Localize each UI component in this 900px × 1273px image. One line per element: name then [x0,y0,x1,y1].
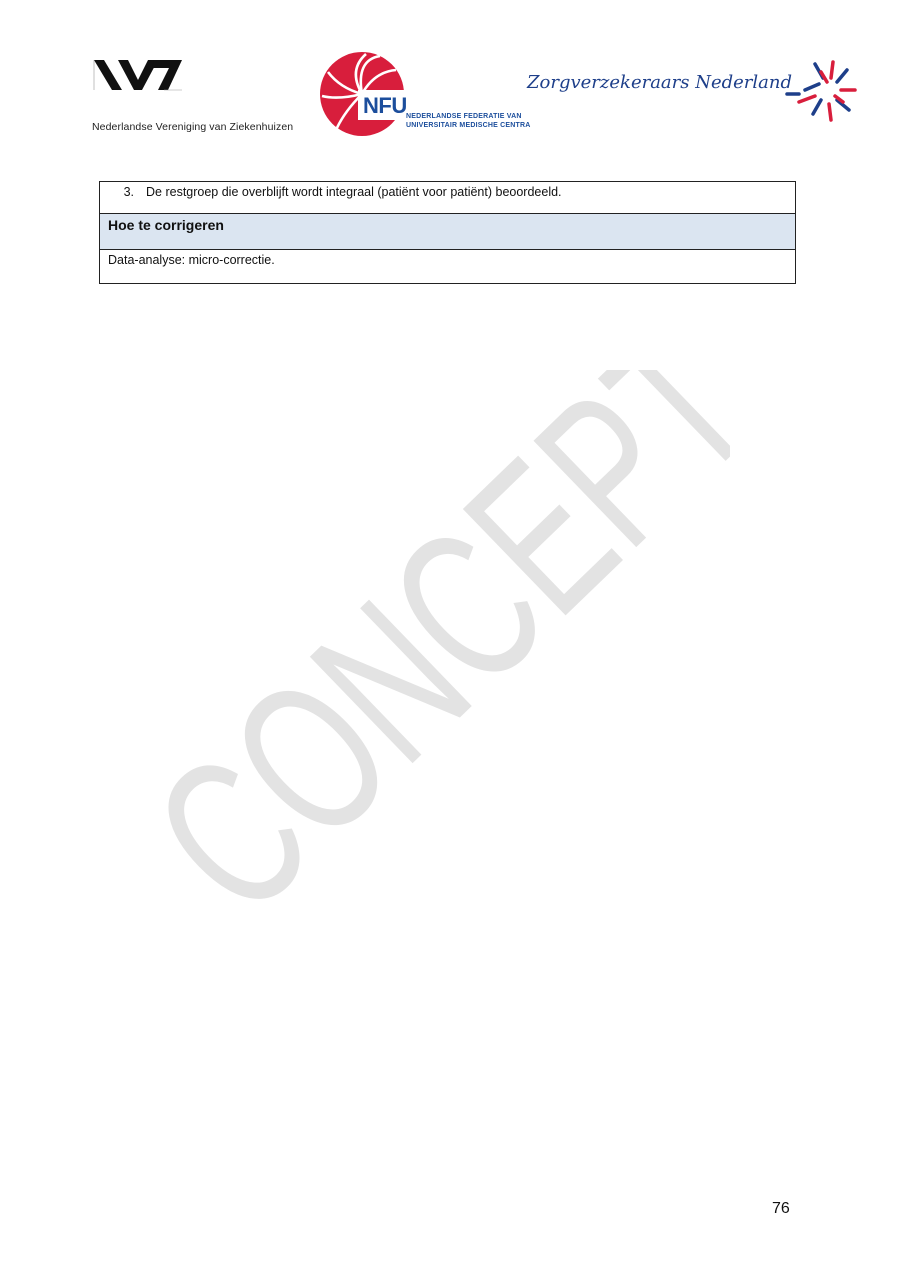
list-item: 3.De restgroep die overblijft wordt inte… [100,182,795,199]
nfu-logo: NFU NEDERLANDSE FEDERATIE VAN UNIVERSITA… [318,50,528,140]
table-row: Data-analyse: micro-correctie. [100,250,796,284]
svg-text:CONCEPT: CONCEPT [150,370,730,958]
section-body: Data-analyse: micro-correctie. [100,250,795,267]
list-item-number: 3. [104,185,134,199]
table-row: Hoe te corrigeren [100,214,796,250]
concept-watermark: CONCEPT [150,370,730,970]
nfu-abbreviation: NFU [363,93,407,119]
nvz-logo: Nederlandse Vereniging van Ziekenhuizen [92,58,322,92]
nvz-logo-mark [92,58,184,92]
zn-figures-icon [785,54,865,126]
nfu-tagline-2: UNIVERSITAIR MEDISCHE CENTRA [406,122,530,129]
zn-name: Zorgverzekeraars Nederland [527,72,792,93]
table-row: 3.De restgroep die overblijft wordt inte… [100,182,796,214]
criteria-table: 3.De restgroep die overblijft wordt inte… [99,181,796,284]
zn-logo: Zorgverzekeraars Nederland [527,54,867,126]
nfu-tagline-1: NEDERLANDSE FEDERATIE VAN [406,113,522,120]
nvz-subtitle: Nederlandse Vereniging van Ziekenhuizen [92,121,293,133]
section-heading: Hoe te corrigeren [100,214,795,233]
page-number: 76 [772,1200,790,1218]
list-item-text: De restgroep die overblijft wordt integr… [146,185,562,199]
